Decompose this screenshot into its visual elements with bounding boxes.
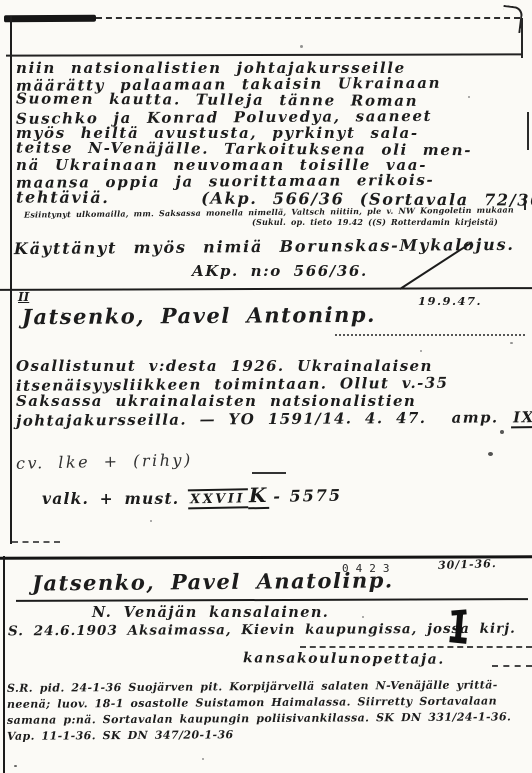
top-frame-line [96,17,520,19]
file-number: XXVIIK- 5575 [188,482,342,511]
scan-edge-mark [4,15,96,23]
paragraph-line-with-reference: johtajakursseilla. — YO 1591/14. 4. 47. … [16,408,528,429]
name-underline [16,598,528,602]
file-number-digits: - 5575 [273,486,342,506]
dashed-rule-right [300,646,532,648]
aliases-line: Käyttänyt myös nimiä Borunskas-Mykalojus… [14,235,515,258]
paragraph-line: itsenäisyysliikkeen toimintaan. Ollut v.… [16,373,528,394]
reference-code: IX [511,408,532,428]
aliases-reference: AKp. n:o 566/36. [192,262,368,280]
section-marker: II [18,290,29,304]
header-rule [6,53,522,56]
occupation-line: kansakoulunopettaja. [243,650,445,667]
person-name-bottom: Jatsenko, Pavel Anatolinp. [32,567,394,595]
stamp-bottom-bar [449,636,467,644]
birth-line: S. 24.6.1903 Aksaimassa, Kievin kaupungi… [8,621,516,640]
speckle-dot [500,430,504,434]
speckle-dot [420,350,422,352]
stamp-stem [455,614,463,639]
file-number-letter: K [248,483,270,509]
short-dash-mark [252,472,286,474]
scanned-archive-card-page: niin natsionalistien johtajakursseille m… [0,0,532,773]
speckle-dot [300,45,303,48]
middle-paragraph: Osallistunut v:desta 1926. Ukrainalaisen… [16,357,528,427]
speckle-dot [150,520,152,522]
record-line: Vap. 11-1-36. SK DN 347/20-1-36 [7,726,531,746]
entry-date: 19.9.47. [418,294,482,308]
left-frame-line [10,16,12,544]
speckle-dot [100,142,102,144]
left-dash-segment [12,541,60,543]
file-number-roman: XXVII [188,488,248,509]
paragraph-line: Saksassa ukrainalaisten natsionalistien [16,392,528,410]
speckle-dot [202,758,204,760]
arrest-record-block: S.R. pid. 24-1-36 Suojärven pit. Korpijä… [7,680,531,744]
speckle-dot [488,452,493,456]
speckle-dot [468,96,470,98]
ink-stamp-mark [449,610,468,645]
marginal-note-line2: (Sukul. op. tieto 19.42 ((S) Rotterdamin… [252,217,498,227]
paragraph-line: Osallistunut v:desta 1926. Ukrainalaisen [16,357,528,375]
paragraph-line: Suschko ja Konrad Poluvedya, saaneet [16,106,526,126]
photo-note-line2: valk. + must. [42,489,179,508]
card-date: 30/1-36. [438,557,497,572]
speckle-dot [510,342,513,344]
top-paragraph: niin natsionalistien johtajakursseille m… [16,59,526,205]
right-frame-line [521,18,523,58]
person-name: Jatsenko, Pavel Antoninp. [22,302,376,329]
paragraph-line: tehtäviä. (Akp. 566/36 (Sortavala 72/36) [16,187,526,206]
paragraph-line: teitse N-Venäjälle. Tarkoituksena oli me… [16,138,526,157]
reference-pre: johtajakursseilla. — YO 1591/14. 4. 47. … [16,408,511,429]
section-divider [0,287,532,291]
speckle-dot [362,616,364,618]
nationality-line: N. Venäjän kansalainen. [92,604,329,621]
right-margin-mark-1 [527,112,529,150]
dotted-rule [335,334,525,336]
photo-note-line1: cv. lke + (rihy) [16,450,193,473]
speckle-dot [14,765,17,767]
speckle-dot [62,312,64,314]
dashed-rule-far-right [492,665,532,667]
paragraph-line: myös heiltä avustusta, pyrkinyt sala- [16,124,526,140]
bottom-card-left-border [3,556,5,773]
